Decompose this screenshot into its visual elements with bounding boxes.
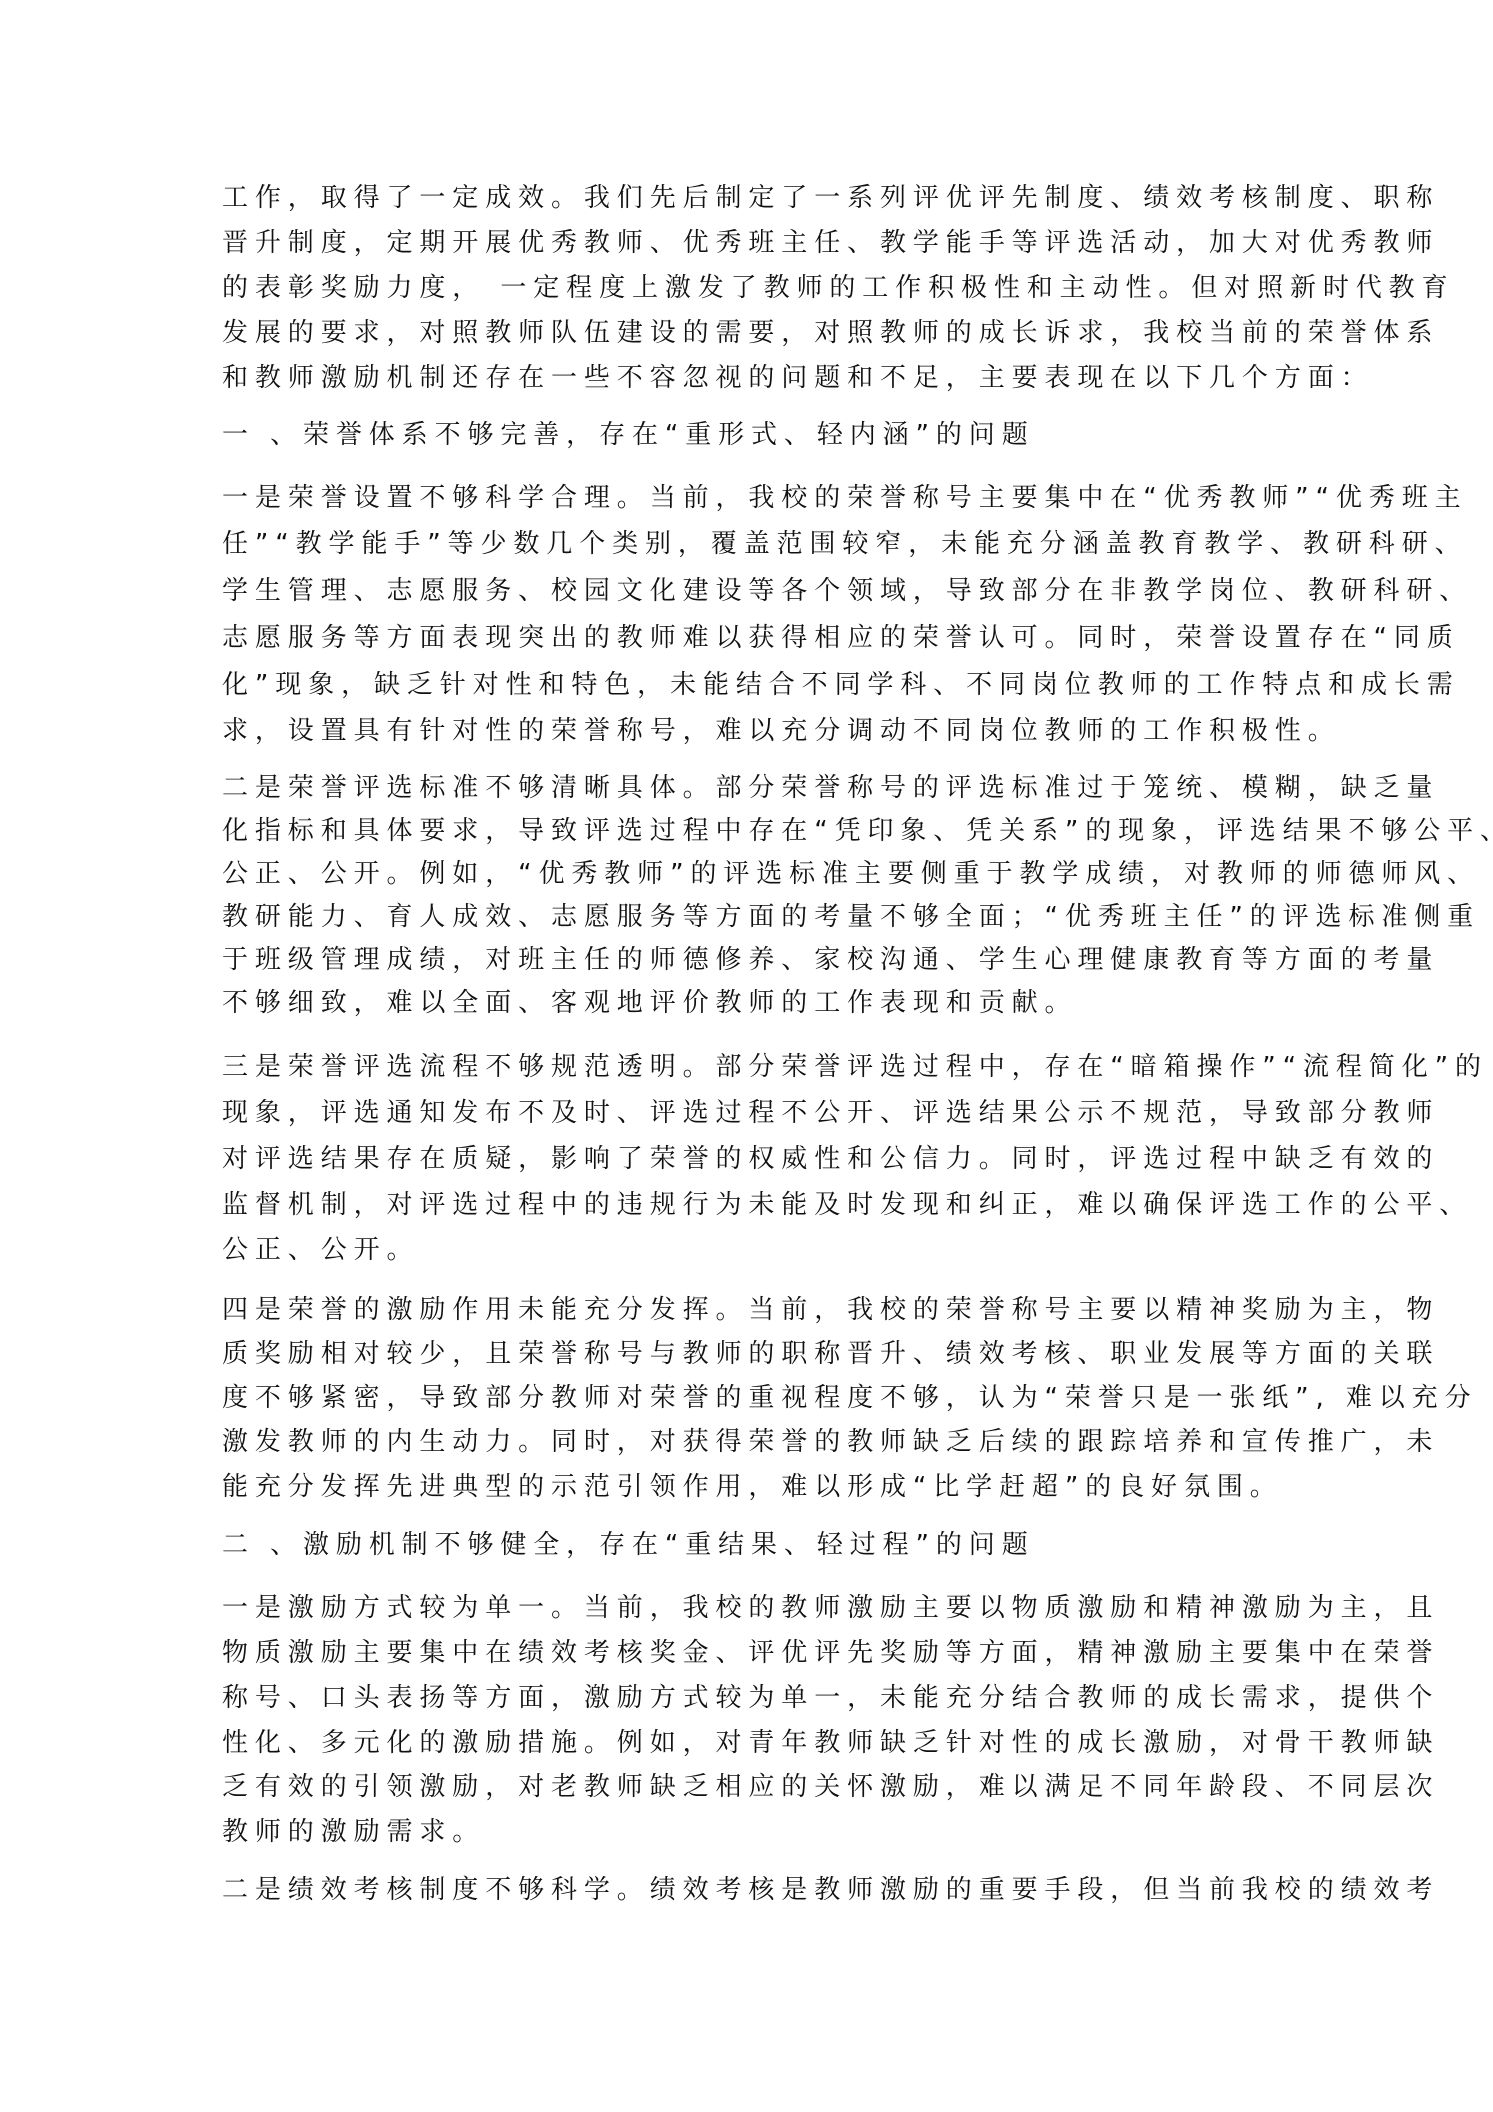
text-line: 晋升制度，定期开展优秀教师、优秀班主任、教学能手等评选活动，加大对优秀教师 [222, 228, 1439, 258]
text-line: 工作，取得了一定成效。我们先后制定了一系列评优评先制度、绩效考核制度、职称 [222, 183, 1439, 213]
text-line: 不够细致，难以全面、客观地评价教师的工作表现和贡献。 [222, 988, 1077, 1018]
text-line: 激发教师的内生动力。同时，对获得荣誉的教师缺乏后续的跟踪培养和宣传推广，未 [222, 1427, 1439, 1457]
text-line: 公正、公开。例如，“优秀教师”的评选标准主要侧重于教学成绩，对教师的师德师风、 [222, 859, 1480, 889]
text-line: 教研能力、育人成效、志愿服务等方面的考量不够全面；“优秀班主任”的评选标准侧重 [222, 902, 1480, 932]
text-line: 的表彰奖励力度， 一定程度上激发了教师的工作积极性和主动性。但对照新时代教育 [222, 273, 1454, 303]
text-line: 物质激励主要集中在绩效考核奖金、评优评先奖励等方面，精神激励主要集中在荣誉 [222, 1638, 1439, 1668]
text-line: 现象，评选通知发布不及时、评选过程不公开、评选结果公示不规范，导致部分教师 [222, 1098, 1439, 1128]
text-line: 二是荣誉评选标准不够清晰具体。部分荣誉称号的评选标准过于笼统、模糊，缺乏量 [222, 773, 1439, 803]
text-line: 化”现象，缺乏针对性和特色，未能结合不同学科、不同岗位教师的工作特点和成长需 [222, 670, 1460, 700]
text-line: 监督机制，对评选过程中的违规行为未能及时发现和纠正，难以确保评选工作的公平、 [222, 1190, 1472, 1220]
text-line: 一是荣誉设置不够科学合理。当前，我校的荣誉称号主要集中在“优秀教师”“优秀班主 [222, 483, 1468, 513]
text-line: 二是绩效考核制度不够科学。绩效考核是教师激励的重要手段，但当前我校的绩效考 [222, 1875, 1439, 1905]
text-line: 和教师激励机制还存在一些不容忽视的问题和不足，主要表现在以下几个方面： [222, 363, 1374, 393]
text-line: 质奖励相对较少，且荣誉称号与教师的职称晋升、绩效考核、职业发展等方面的关联 [222, 1339, 1439, 1369]
text-line: 求，设置具有针对性的荣誉称号，难以充分调动不同岗位教师的工作积极性。 [222, 716, 1341, 746]
text-line: 称号、口头表扬等方面，激励方式较为单一，未能充分结合教师的成长需求，提供个 [222, 1683, 1439, 1713]
text-line: 乏有效的引领激励，对老教师缺乏相应的关怀激励，难以满足不同年龄段、不同层次 [222, 1772, 1439, 1802]
text-line: 志愿服务等方面表现突出的教师难以获得相应的荣誉认可。同时，荣誉设置存在“同质 [222, 623, 1460, 653]
text-line: 三是荣誉评选流程不够规范透明。部分荣誉评选过程中，存在“暗箱操作”“流程简化”的 [222, 1052, 1488, 1082]
text-line: 化指标和具体要求，导致评选过程中存在“凭印象、凭关系”的现象，评选结果不够公平、 [222, 816, 1493, 846]
text-line: 四是荣誉的激励作用未能充分发挥。当前，我校的荣誉称号主要以精神奖励为主，物 [222, 1295, 1439, 1325]
document-page: 工作，取得了一定成效。我们先后制定了一系列评优评先制度、绩效考核制度、职称 晋升… [0, 0, 1493, 2112]
text-line: 发展的要求，对照教师队伍建设的需要，对照教师的成长诉求，我校当前的荣誉体系 [222, 318, 1439, 348]
text-line: 性化、多元化的激励措施。例如，对青年教师缺乏针对性的成长激励，对骨干教师缺 [222, 1728, 1439, 1758]
text-line: 公正、公开。 [222, 1235, 419, 1265]
text-line: 任”“教学能手”等少数几个类别，覆盖范围较窄，未能充分涵盖教育教学、教研科研、 [222, 529, 1468, 559]
text-line: 学生管理、志愿服务、校园文化建设等各个领域，导致部分在非教学岗位、教研科研、 [222, 576, 1472, 606]
text-line: 教师的激励需求。 [222, 1817, 485, 1847]
section-heading-text: 二 、激励机制不够健全，存在“重结果、轻过程”的问题 [222, 1530, 1035, 1560]
text-line: 度不够紧密，导致部分教师对荣誉的重视程度不够，认为“荣誉只是一张纸”, 难以充分 [222, 1383, 1477, 1413]
section-heading-text: 一 、荣誉体系不够完善，存在“重形式、轻内涵”的问题 [222, 420, 1035, 450]
text-line: 于班级管理成绩，对班主任的师德修养、家校沟通、学生心理健康教育等方面的考量 [222, 945, 1439, 975]
text-line: 对评选结果存在质疑，影响了荣誉的权威性和公信力。同时，评选过程中缺乏有效的 [222, 1144, 1439, 1174]
text-line: 能充分发挥先进典型的示范引领作用，难以形成“比学赶超”的良好氛围。 [222, 1472, 1283, 1502]
text-line: 一是激励方式较为单一。当前，我校的教师激励主要以物质激励和精神激励为主，且 [222, 1593, 1439, 1623]
